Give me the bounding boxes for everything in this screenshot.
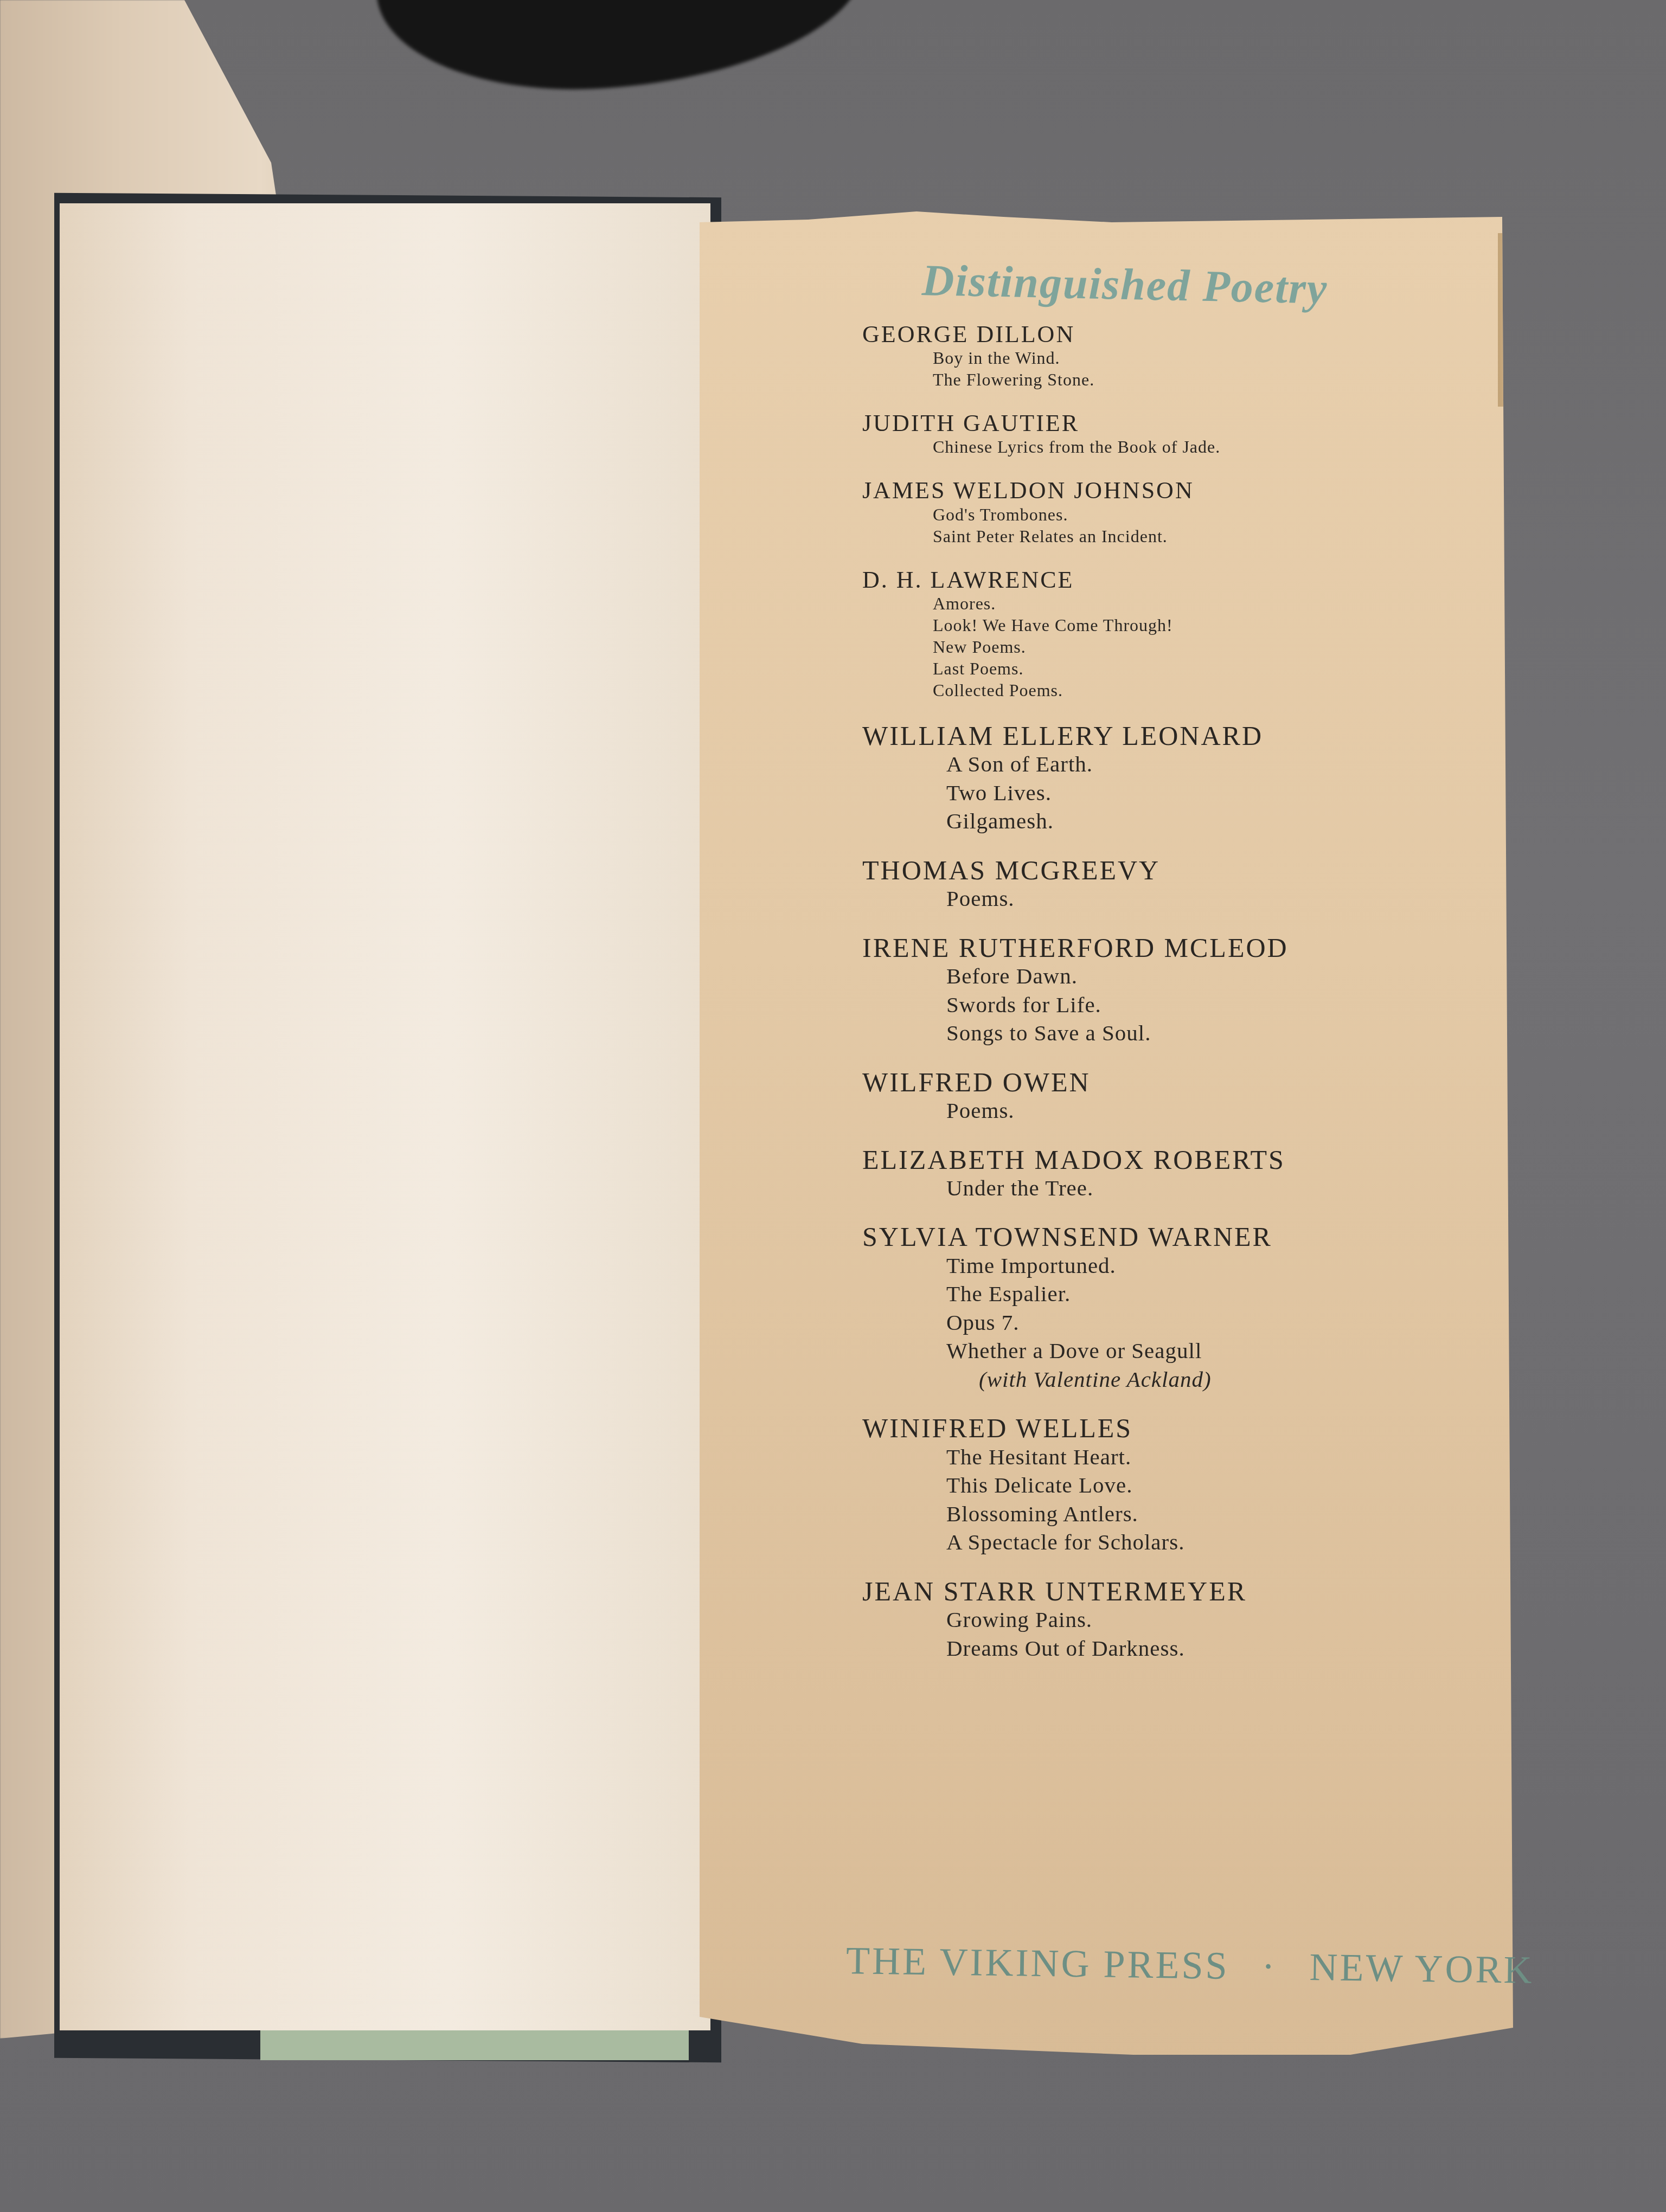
author-name: THOMAS McGREEVY [862, 856, 1459, 885]
flap-content: Distinguished Poetry GEORGE DILLON Boy i… [862, 255, 1459, 1683]
author-name: GEORGE DILLON [862, 322, 1459, 347]
book-title: Gilgamesh. [946, 807, 1459, 835]
book-title: The Flowering Stone. [933, 369, 1459, 390]
book-title: The Hesitant Heart. [946, 1443, 1459, 1471]
book-title: Boy in the Wind. [933, 347, 1459, 369]
author-entry: SYLVIA TOWNSEND WARNER Time Importuned. … [862, 1223, 1459, 1393]
book-title: Dreams Out of Darkness. [946, 1634, 1459, 1662]
author-entry: IRENE RUTHERFORD McLEOD Before Dawn. Swo… [862, 934, 1459, 1047]
author-entry: D. H. LAWRENCE Amores. Look! We Have Com… [862, 568, 1459, 701]
book-title: Poems. [946, 1096, 1459, 1124]
author-entry: WILLIAM ELLERY LEONARD A Son of Earth. T… [862, 722, 1459, 835]
book-title-note-line: (with Valentine Ackland) [946, 1365, 1459, 1393]
author-name: JUDITH GAUTIER [862, 411, 1459, 436]
author-entry: THOMAS McGREEVY Poems. [862, 856, 1459, 913]
book-title: A Spectacle for Scholars. [946, 1528, 1459, 1556]
author-name: SYLVIA TOWNSEND WARNER [862, 1223, 1459, 1251]
book-title: Last Poems. [933, 658, 1459, 679]
author-name: D. H. LAWRENCE [862, 568, 1459, 593]
book-title: Growing Pains. [946, 1605, 1459, 1634]
book-title: God's Trombones. [933, 504, 1459, 525]
publisher-city: NEW YORK [1309, 1945, 1534, 1992]
book-title: New Poems. [933, 636, 1459, 658]
author-name: JEAN STARR UNTERMEYER [862, 1577, 1459, 1606]
book-title: Saint Peter Relates an Incident. [933, 525, 1459, 547]
book-title: Swords for Life. [946, 991, 1459, 1019]
author-entry: JUDITH GAUTIER Chinese Lyrics from the B… [862, 411, 1459, 458]
book-title: Collected Poems. [933, 679, 1459, 701]
book-title: Under the Tree. [946, 1174, 1459, 1202]
coauthor-note: (with Valentine Ackland) [979, 1367, 1212, 1392]
book-title: Poems. [946, 884, 1459, 912]
book-title: Chinese Lyrics from the Book of Jade. [933, 436, 1459, 458]
author-name: WILLIAM ELLERY LEONARD [862, 722, 1459, 750]
book-title: Songs to Save a Soul. [946, 1019, 1459, 1047]
book-title: Opus 7. [946, 1308, 1459, 1336]
book-title: Whether a Dove or Seagull [946, 1336, 1459, 1365]
book-title: Blossoming Antlers. [946, 1500, 1459, 1528]
book-title: Look! We Have Come Through! [933, 614, 1459, 636]
author-entry: WILFRED OWEN Poems. [862, 1068, 1459, 1125]
book-title: The Espalier. [946, 1279, 1459, 1308]
author-entry: WINIFRED WELLES The Hesitant Heart. This… [862, 1414, 1459, 1556]
author-entry: JAMES WELDON JOHNSON God's Trombones. Sa… [862, 478, 1459, 546]
endpaper [60, 203, 710, 2030]
book-title: A Son of Earth. [946, 750, 1459, 778]
author-entry: GEORGE DILLON Boy in the Wind. The Flowe… [862, 322, 1459, 390]
book-title: Before Dawn. [946, 962, 1459, 990]
author-name: WILFRED OWEN [862, 1068, 1459, 1097]
author-entry: JEAN STARR UNTERMEYER Growing Pains. Dre… [862, 1577, 1459, 1662]
book-title: Amores. [933, 593, 1459, 614]
flap-heading: Distinguished Poetry [921, 255, 1459, 317]
author-entry: ELIZABETH MADOX ROBERTS Under the Tree. [862, 1146, 1459, 1203]
book-title: Two Lives. [946, 779, 1459, 807]
book-title: Time Importuned. [946, 1251, 1459, 1279]
book-title: This Delicate Love. [946, 1471, 1459, 1499]
publisher-name: THE VIKING PRESS [845, 1939, 1229, 1988]
author-name: IRENE RUTHERFORD McLEOD [862, 934, 1459, 962]
author-name: ELIZABETH MADOX ROBERTS [862, 1146, 1459, 1174]
author-name: WINIFRED WELLES [862, 1414, 1459, 1443]
author-name: JAMES WELDON JOHNSON [862, 478, 1459, 503]
imprint-separator: · [1261, 1945, 1277, 1988]
